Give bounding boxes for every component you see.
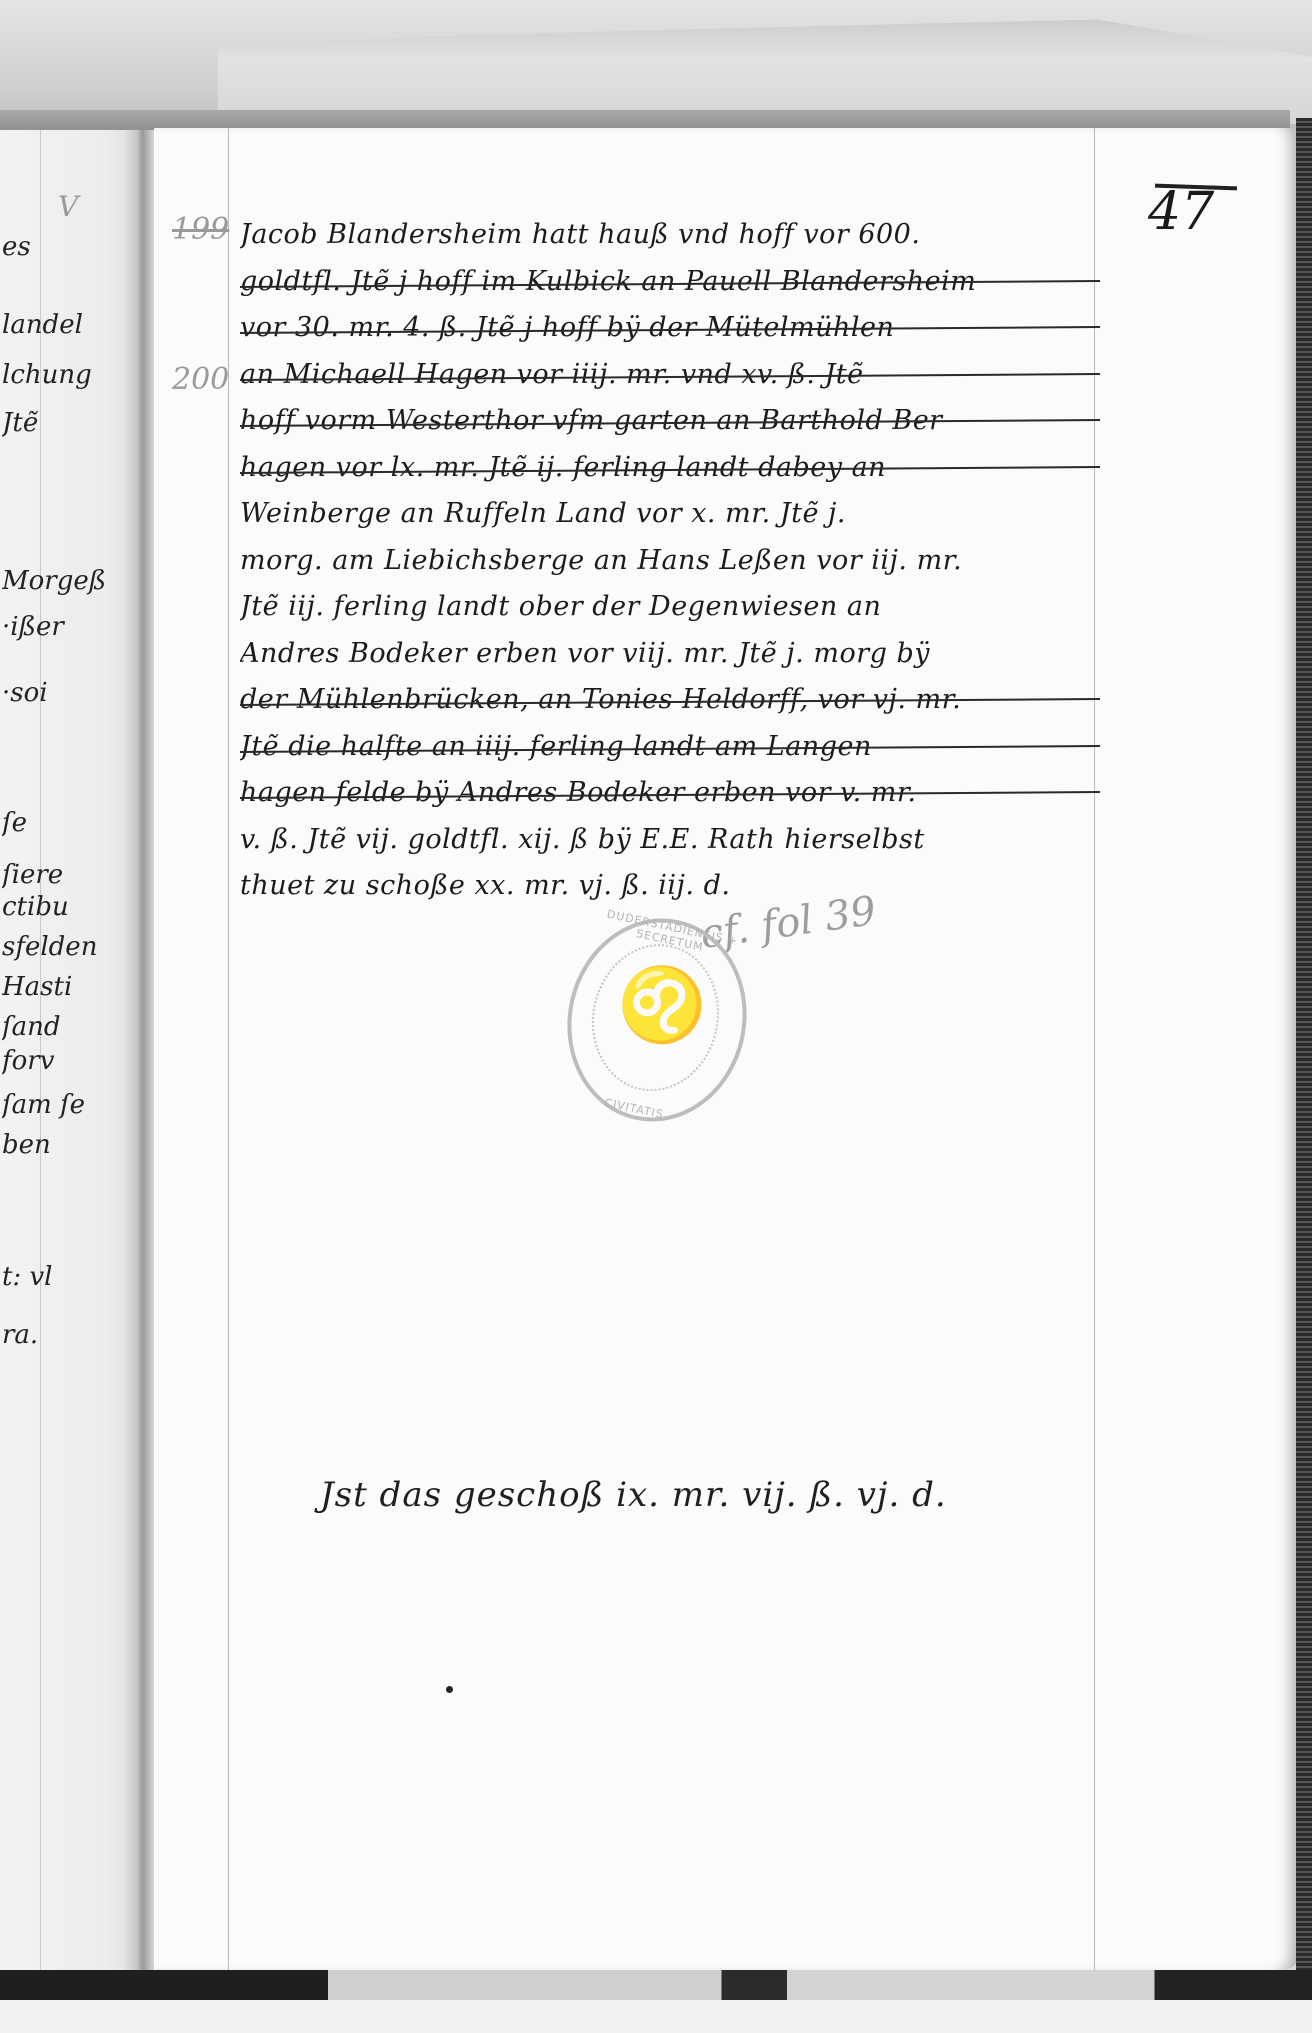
left-page-fragment: Hasti [2, 972, 127, 1002]
left-page-fragment: ·soi [2, 678, 127, 708]
left-page-fragment: ben [2, 1130, 127, 1160]
left-page-fragment: t: vl [2, 1262, 127, 1292]
entry-line-cancelled: hagen vor lx. mr. Jtẽ ij. ferling landt … [240, 445, 1100, 492]
entry-line: Jacob Blandersheim hatt hauß vnd hoff vo… [240, 212, 1100, 259]
left-page-fragment: ſiere [2, 860, 127, 890]
entry-line-cancelled: hoff vorm Westerthor vfm garten an Barth… [240, 398, 1100, 445]
left-margin-rule [228, 128, 229, 1970]
entry-line-cancelled: goldtfl. Jtẽ j hoff im Kulbick an Pauell… [240, 259, 1100, 306]
margin-number-struck: 199 [172, 212, 229, 247]
folio-number: 47 [1148, 182, 1214, 242]
entry-line-cancelled: an Michaell Hagen vor iiij. mr. vnd xv. … [240, 352, 1100, 399]
book-gutter [122, 130, 156, 1970]
entry-line: thuet zu schoße xx. mr. vj. ß. iij. d. [240, 863, 1100, 910]
left-page-fragment: ·ißer [2, 612, 127, 642]
left-page-fragment: ſand [2, 1012, 127, 1042]
left-page-fragment: forv [2, 1046, 127, 1076]
entry-line-cancelled: vor 30. mr. 4. ß. Jtẽ j hoff bÿ der Müte… [240, 305, 1100, 352]
entry-line: v. ß. Jtẽ vij. goldtfl. xij. ß bÿ E.E. R… [240, 817, 1100, 864]
left-page-fragment: landel [2, 310, 127, 340]
margin-number: 200 [172, 362, 229, 397]
scan-bottom-background [0, 2000, 1312, 2033]
entry-line-cancelled: Jtẽ die halfte an iiij. ferling landt am… [240, 724, 1100, 771]
left-page-fragment: Morgeß [2, 566, 127, 596]
left-page-fragment: ſam ſe [2, 1090, 127, 1120]
left-page-fragment: sfelden [2, 932, 127, 962]
entry-line-cancelled: hagen felde bÿ Andres Bodeker erben vor … [240, 770, 1100, 817]
entry-line: Andres Bodeker erben vor viij. mr. Jtẽ j… [240, 631, 1100, 678]
book-fore-edge [1296, 118, 1312, 1978]
left-page-fragment: ſe [2, 808, 127, 838]
entry-line-cancelled: der Mühlenbrücken, an Tonies Heldorff, v… [240, 677, 1100, 724]
left-page-fragment: ra. [2, 1320, 127, 1350]
left-page-fragment: Jtẽ [2, 408, 127, 438]
left-page-fragment: ctibu [2, 892, 127, 922]
left-page-fragment: es [2, 232, 127, 262]
entry-line: morg. am Liebichsberge an Hans Leßen vor… [240, 538, 1100, 585]
entry-line: Jtẽ iij. ferling landt ober der Degenwie… [240, 584, 1100, 631]
book-bottom-edge [0, 1970, 1312, 2000]
left-page-tick-mark: V [58, 190, 78, 223]
tax-summary-line: Jst das geschoß ix. mr. vij. ß. vj. d. [320, 1475, 947, 1515]
register-entry: Jacob Blandersheim hatt hauß vnd hoff vo… [240, 212, 1100, 910]
lion-icon: ♌ [611, 960, 714, 1049]
entry-line: Weinberge an Ruffeln Land vor x. mr. Jtẽ… [240, 491, 1100, 538]
ink-dot [446, 1686, 453, 1693]
left-page-fragment: lchung [2, 360, 127, 390]
